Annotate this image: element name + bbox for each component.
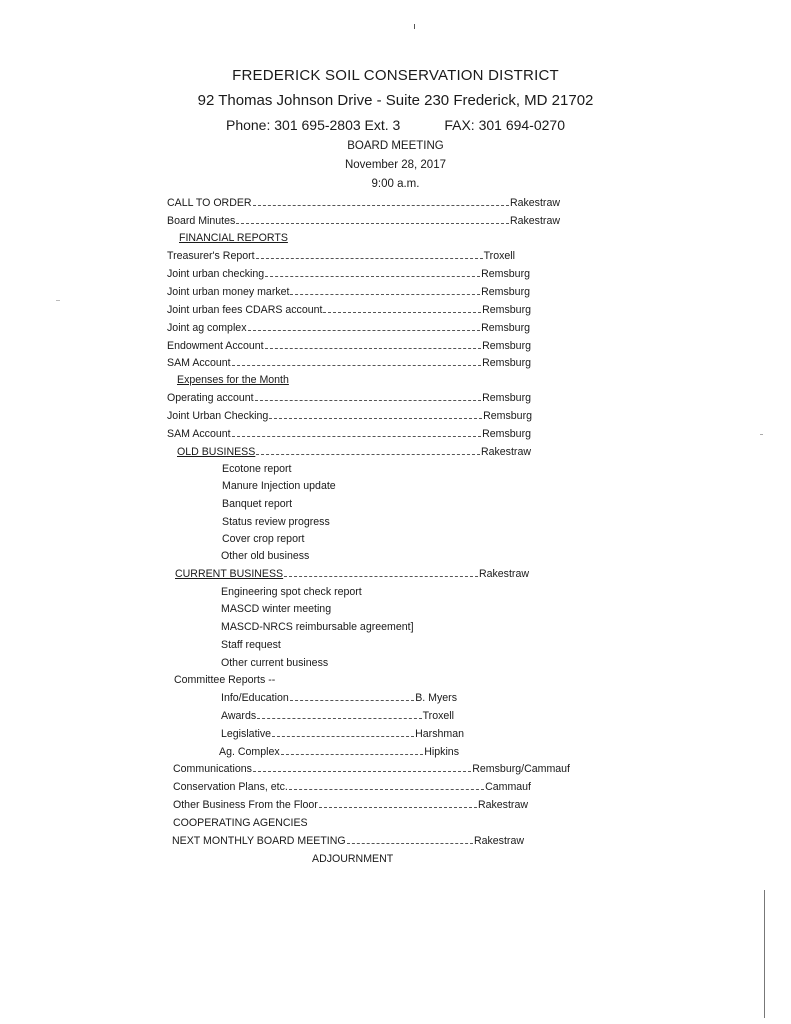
- leader-dots: [284, 576, 478, 577]
- item-presenter: Troxell: [423, 708, 454, 724]
- scan-artifact-right-dot: [760, 434, 763, 435]
- fax-number: FAX: 301 694-0270: [444, 117, 565, 133]
- meeting-type: BOARD MEETING: [0, 140, 791, 152]
- item-label: Endowment Account: [167, 338, 264, 354]
- item-label: Operating account: [167, 390, 254, 406]
- item-label: CURRENT BUSINESS: [175, 566, 283, 582]
- meeting-date: November 28, 2017: [0, 159, 791, 171]
- committee-item: AwardsTroxell: [221, 708, 454, 724]
- agenda-item: Joint Urban CheckingRemsburg: [167, 408, 532, 424]
- contact-line: Phone: 301 695-2803 Ext. 3FAX: 301 694-0…: [0, 117, 791, 133]
- item-presenter: Harshman: [415, 726, 464, 742]
- leader-dots: [256, 454, 480, 455]
- item-label: Ag. Complex: [219, 744, 280, 760]
- agenda-item: Treasurer's Report Troxell: [167, 248, 515, 264]
- current-business-item: MASCD-NRCS reimbursable agreement]: [221, 619, 414, 635]
- leader-dots: [248, 330, 481, 331]
- old-business-item: Ecotone report: [222, 461, 292, 477]
- item-label: Joint urban money market: [167, 284, 289, 300]
- leader-dots: [265, 276, 480, 277]
- old-business-item: Cover crop report: [222, 531, 304, 547]
- old-business-item: Manure Injection update: [222, 478, 336, 494]
- section-heading-old-business: OLD BUSINESSRakestraw: [177, 444, 531, 460]
- phone-number: Phone: 301 695-2803 Ext. 3: [226, 117, 400, 133]
- agenda-item: Board MinutesRakestraw: [167, 213, 560, 229]
- item-label: Other Business From the Floor: [173, 797, 318, 813]
- agenda-item: Other Business From the FloorRakestraw: [173, 797, 528, 813]
- leader-dots: [289, 789, 484, 790]
- leader-dots: [232, 436, 482, 437]
- adjournment: ADJOURNMENT: [312, 851, 393, 867]
- item-label: SAM Account: [167, 426, 231, 442]
- leader-dots: [290, 294, 480, 295]
- section-heading-financial: FINANCIAL REPORTS: [179, 230, 288, 246]
- agenda-item: Joint ag complexRemsburg: [167, 320, 530, 336]
- committee-item: Info/EducationB. Myers: [221, 690, 457, 706]
- item-presenter: Rakestraw: [479, 566, 529, 582]
- scan-artifact-right-edge: [764, 890, 765, 1018]
- item-presenter: Remsburg: [481, 320, 530, 336]
- old-business-item: Other old business: [221, 548, 309, 564]
- leader-dots: [281, 754, 424, 755]
- organization-address: 92 Thomas Johnson Drive - Suite 230 Fred…: [0, 92, 791, 109]
- item-label: Board Minutes: [167, 213, 235, 229]
- leader-dots: [272, 736, 414, 737]
- current-business-item: Other current business: [221, 655, 328, 671]
- item-presenter: Remsburg: [482, 390, 531, 406]
- old-business-item: Banquet report: [222, 496, 292, 512]
- leader-dots: [256, 258, 483, 259]
- item-label: Joint urban fees CDARS account: [167, 302, 322, 318]
- agenda-item: Joint urban checkingRemsburg: [167, 266, 530, 282]
- leader-dots: [257, 718, 421, 719]
- leader-dots: [253, 771, 471, 772]
- committee-item: Ag. ComplexHipkins: [219, 744, 459, 760]
- meeting-time: 9:00 a.m.: [0, 178, 791, 190]
- leader-dots: [236, 223, 509, 224]
- item-presenter: Remsburg/Cammauf: [472, 761, 570, 777]
- section-heading-committee-reports: Committee Reports --: [174, 672, 275, 688]
- item-presenter: Remsburg: [481, 266, 530, 282]
- item-presenter: Remsburg: [482, 355, 531, 371]
- section-heading-expenses: Expenses for the Month: [177, 372, 289, 388]
- leader-dots: [265, 348, 482, 349]
- item-presenter: Remsburg: [482, 338, 531, 354]
- item-label: OLD BUSINESS: [177, 444, 255, 460]
- item-presenter: B. Myers: [415, 690, 457, 706]
- agenda-item: Operating accountRemsburg: [167, 390, 531, 406]
- item-presenter: Remsburg: [482, 302, 531, 318]
- agenda-item: Joint urban money marketRemsburg: [167, 284, 530, 300]
- agenda-item: CommunicationsRemsburg/Cammauf: [173, 761, 570, 777]
- item-label: Joint ag complex: [167, 320, 247, 336]
- committee-item: LegislativeHarshman: [221, 726, 464, 742]
- item-presenter: Remsburg: [481, 284, 530, 300]
- item-presenter: Troxell: [484, 248, 515, 264]
- leader-dots: [232, 365, 482, 366]
- item-label: Conservation Plans, etc.: [173, 779, 288, 795]
- current-business-item: MASCD winter meeting: [221, 601, 331, 617]
- item-label: NEXT MONTHLY BOARD MEETING: [172, 833, 346, 849]
- leader-dots: [269, 418, 482, 419]
- leader-dots: [253, 205, 509, 206]
- item-presenter: Cammauf: [485, 779, 531, 795]
- leader-dots: [347, 843, 473, 844]
- item-label: CALL TO ORDER: [167, 195, 252, 211]
- agenda-item: Joint urban fees CDARS accountRemsburg: [167, 302, 531, 318]
- item-label: SAM Account: [167, 355, 231, 371]
- item-presenter: Rakestraw: [481, 444, 531, 460]
- item-presenter: Hipkins: [424, 744, 459, 760]
- item-label: Awards: [221, 708, 256, 724]
- item-label: Communications: [173, 761, 252, 777]
- current-business-item: Engineering spot check report: [221, 584, 362, 600]
- leader-dots: [290, 700, 414, 701]
- item-label: Joint Urban Checking: [167, 408, 268, 424]
- item-presenter: Rakestraw: [474, 833, 524, 849]
- agenda-item: Conservation Plans, etc. Cammauf: [173, 779, 531, 795]
- agenda-item: CALL TO ORDERRakestraw: [167, 195, 560, 211]
- leader-dots: [319, 807, 477, 808]
- current-business-item: Staff request: [221, 637, 281, 653]
- item-label: Treasurer's Report: [167, 248, 255, 264]
- section-heading-current-business: CURRENT BUSINESSRakestraw: [175, 566, 529, 582]
- agenda-item: SAM AccountRemsburg: [167, 355, 531, 371]
- leader-dots: [323, 312, 481, 313]
- item-label: Joint urban checking: [167, 266, 264, 282]
- scan-artifact-top: [414, 24, 415, 29]
- item-presenter: Rakestraw: [510, 195, 560, 211]
- organization-name: FREDERICK SOIL CONSERVATION DISTRICT: [0, 67, 791, 84]
- agenda-item: NEXT MONTHLY BOARD MEETINGRakestraw: [172, 833, 524, 849]
- item-presenter: Remsburg: [483, 408, 532, 424]
- scan-artifact-left: [56, 300, 60, 301]
- item-label: Info/Education: [221, 690, 289, 706]
- item-presenter: Rakestraw: [510, 213, 560, 229]
- leader-dots: [255, 400, 482, 401]
- agenda-item: Endowment AccountRemsburg: [167, 338, 531, 354]
- cooperating-agencies: COOPERATING AGENCIES: [173, 815, 308, 831]
- item-label: Legislative: [221, 726, 271, 742]
- old-business-item: Status review progress: [222, 514, 330, 530]
- agenda-item: SAM AccountRemsburg: [167, 426, 531, 442]
- item-presenter: Rakestraw: [478, 797, 528, 813]
- item-presenter: Remsburg: [482, 426, 531, 442]
